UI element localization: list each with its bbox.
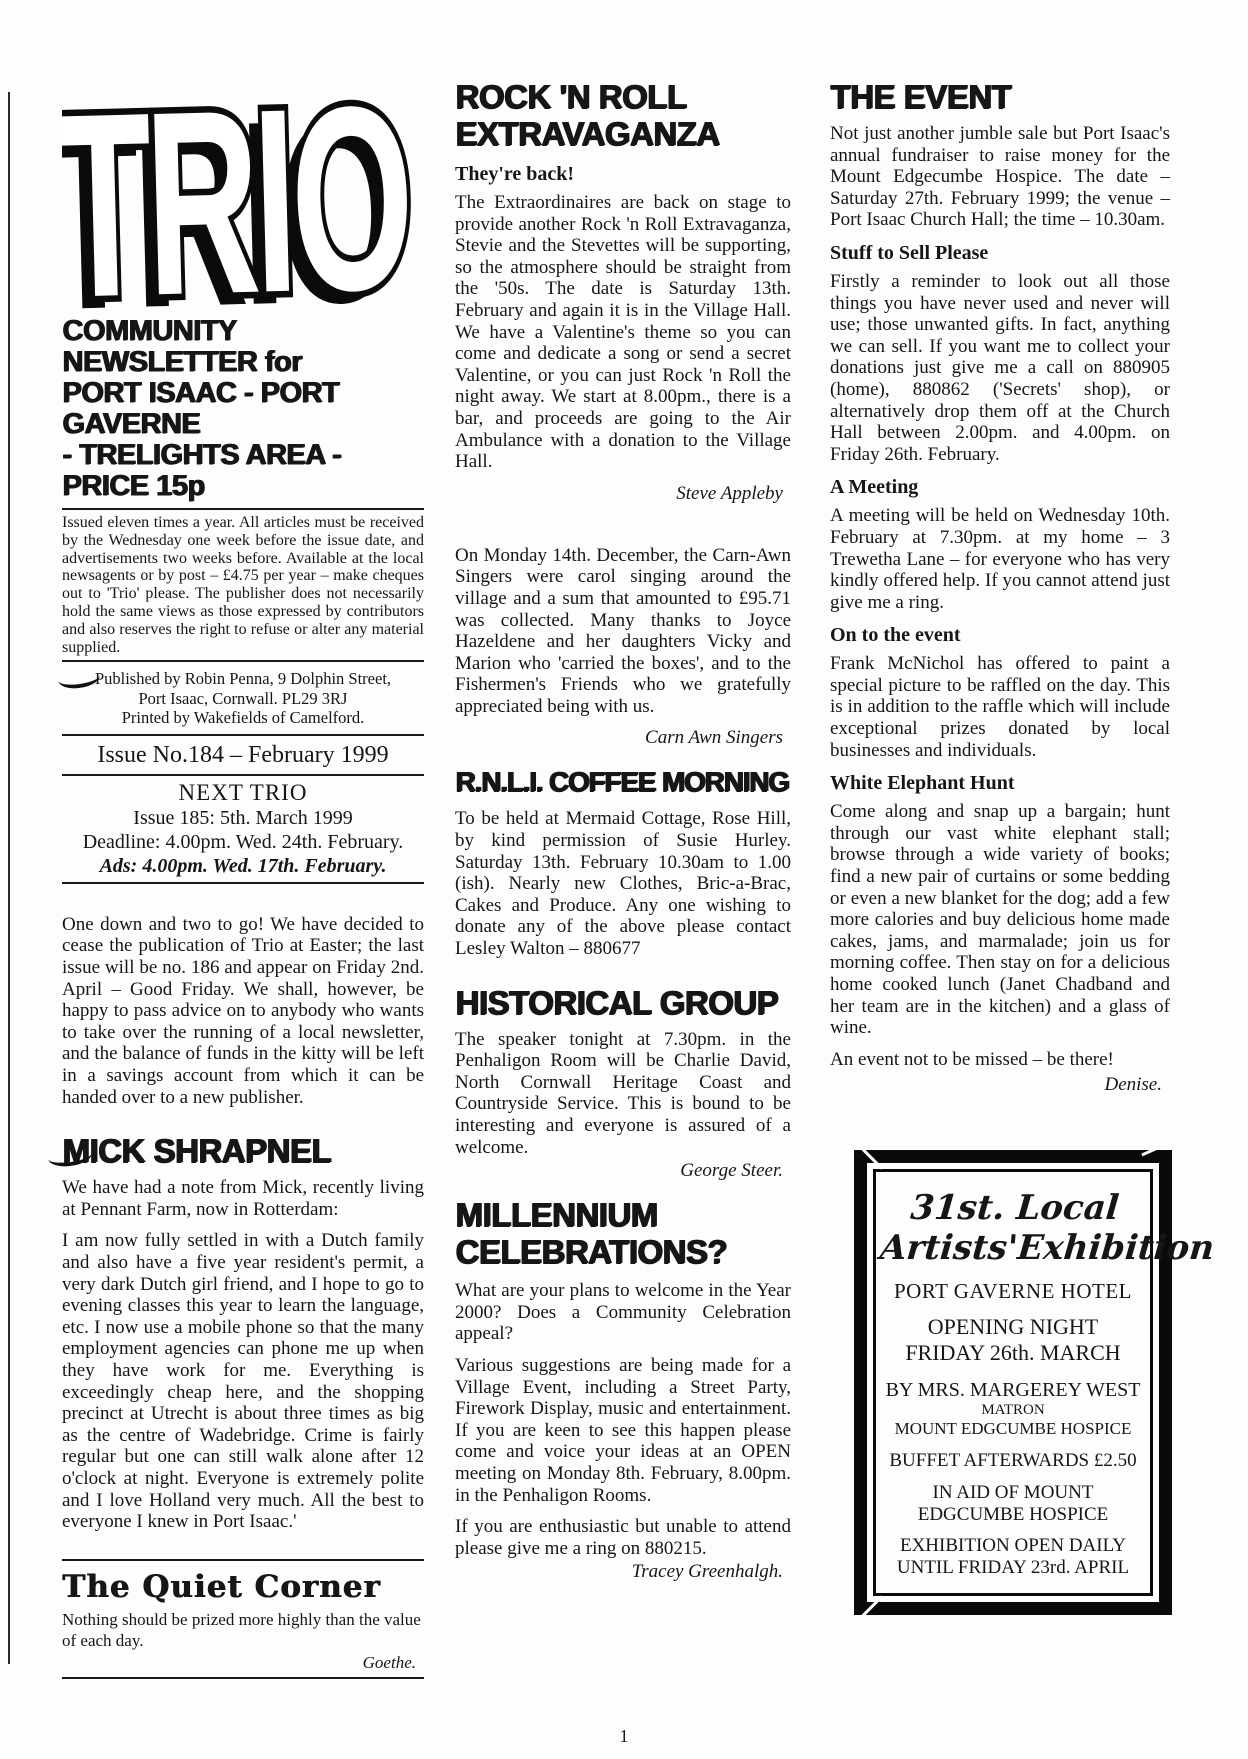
advert-in-aid-of: IN AID OF MOUNT EDGCUMBE HOSPICE <box>882 1482 1144 1526</box>
divider-rule <box>62 508 424 510</box>
event-signature: Denise. <box>830 1074 1170 1096</box>
frame-corner-mark <box>1141 1145 1162 1157</box>
advert-opening-night: OPENING NIGHT FRIDAY 26th. MARCH <box>882 1314 1144 1366</box>
event-subhead-on-to-the-event: On to the event <box>830 623 1170 647</box>
headline-line: ROCK 'N ROLL <box>455 78 791 115</box>
advert-venue: PORT GAVERNE HOTEL <box>882 1278 1144 1304</box>
page-number: 1 <box>0 1726 1248 1747</box>
article-title-historical-group: HISTORICAL GROUP <box>455 984 791 1021</box>
issue-number-line: Issue No.184 – February 1999 <box>62 740 424 770</box>
mick-paragraph: We have had a note from Mick, recently l… <box>62 1177 424 1220</box>
divider-rule <box>62 882 424 884</box>
article-title-the-event: THE EVENT <box>830 78 1170 115</box>
publisher-line: Published by Robin Penna, 9 Dolphin Stre… <box>62 669 424 689</box>
article-title-rnli-coffee-morning: R.N.L.I. COFFEE MORNING <box>455 763 791 800</box>
publisher-block: Published by Robin Penna, 9 Dolphin Stre… <box>62 669 424 728</box>
artists-exhibition-advert: 31st. Local Artists'Exhibition PORT GAVE… <box>854 1150 1172 1615</box>
next-issue-ads-deadline: Ads: 4.00pm. Wed. 17th. February. <box>62 854 424 878</box>
advert-aid-line: EDGCUMBE HOSPICE <box>882 1504 1144 1526</box>
carol-singers-body: On Monday 14th. December, the Carn-Awn S… <box>455 545 791 718</box>
rock-body: The Extraordinaires are back on stage to… <box>455 192 791 473</box>
advert-aid-line: IN AID OF MOUNT <box>882 1482 1144 1504</box>
quiet-corner-title: The Quiet Corner <box>62 1567 424 1607</box>
event-subhead-stuff-to-sell: Stuff to Sell Please <box>830 241 1170 265</box>
spacer <box>62 888 424 914</box>
divider-rule <box>62 734 424 736</box>
divider-rule <box>62 1677 424 1679</box>
divider-rule <box>62 774 424 776</box>
next-issue-block: NEXT TRIO Issue 185: 5th. March 1999 Dea… <box>62 780 424 878</box>
advert-title-line: 31st. Local <box>882 1188 1147 1228</box>
historical-body: The speaker tonight at 7.30pm. in the Pe… <box>455 1029 791 1159</box>
spacer <box>455 519 791 545</box>
millennium-paragraph: If you are enthusiastic but unable to at… <box>455 1516 791 1559</box>
publisher-line: Printed by Wakefields of Camelford. <box>62 708 424 728</box>
advert-open-daily: EXHIBITION OPEN DAILY UNTIL FRIDAY 23rd.… <box>882 1535 1144 1579</box>
divider-rule <box>62 1559 424 1561</box>
event-section-body: A meeting will be held on Wednesday 10th… <box>830 505 1170 613</box>
event-section-body: Frank McNichol has offered to paint a sp… <box>830 653 1170 761</box>
rock-signature: Steve Appleby <box>455 483 791 505</box>
publisher-line: Port Isaac, Cornwall. PL29 3RJ <box>62 689 424 709</box>
advert-presenter-org: MOUNT EDGCUMBE HOSPICE <box>882 1419 1144 1439</box>
headline-line: EXTRAVAGANZA <box>455 115 791 152</box>
millennium-paragraph: What are your plans to welcome in the Ye… <box>455 1280 791 1345</box>
rnli-body: To be held at Mermaid Cottage, Rose Hill… <box>455 808 791 959</box>
millennium-signature: Tracey Greenhalgh. <box>455 1561 791 1583</box>
trio-logo-text: TRIO <box>62 82 411 314</box>
headline-line: CELEBRATIONS? <box>455 1233 791 1270</box>
frame-corner-mark <box>857 1144 883 1170</box>
advert-title: 31st. Local Artists'Exhibition <box>879 1188 1148 1268</box>
newsletter-page: TRIO TRIO COMMUNITY NEWSLETTER for PORT … <box>0 0 1248 1759</box>
historical-signature: George Steer. <box>455 1160 791 1182</box>
scan-edge-line <box>8 92 10 1664</box>
editorial-intro: One down and two to go! We have decided … <box>62 914 424 1108</box>
left-column: TRIO TRIO COMMUNITY NEWSLETTER for PORT … <box>62 82 424 1683</box>
carol-singers-signature: Carn Awn Singers <box>455 727 791 749</box>
millennium-paragraph: Various suggestions are being made for a… <box>455 1355 791 1506</box>
mick-paragraph: I am now fully settled in with a Dutch f… <box>62 1230 424 1532</box>
quiet-corner-quote: Nothing should be prized more highly tha… <box>62 1609 424 1651</box>
advert-title-line: Artists'Exhibition <box>879 1228 1144 1268</box>
event-section-body: Firstly a reminder to look out all those… <box>830 271 1170 465</box>
spacer <box>62 1118 424 1132</box>
event-section-body: Come along and snap up a bargain; hunt t… <box>830 801 1170 1039</box>
middle-column: ROCK 'N ROLL EXTRAVAGANZA They're back! … <box>455 78 791 1597</box>
quiet-corner-signature: Goethe. <box>62 1653 424 1673</box>
event-closing: An event not to be missed – be there! <box>830 1049 1170 1071</box>
event-subhead-a-meeting: A Meeting <box>830 475 1170 499</box>
article-title-mick-shrapnel: MICK SHRAPNEL <box>62 1132 424 1169</box>
article-title-rock-n-roll: ROCK 'N ROLL EXTRAVAGANZA <box>455 78 791 152</box>
masthead-subtitle-line: PORT ISAAC - PORT GAVERNE <box>62 378 424 440</box>
advert-inner: 31st. Local Artists'Exhibition PORT GAVE… <box>873 1169 1153 1596</box>
spacer <box>455 970 791 984</box>
next-trio-title: NEXT TRIO <box>62 780 424 806</box>
advert-buffet: BUFFET AFTERWARDS £2.50 <box>882 1449 1144 1473</box>
advert-presenter: BY MRS. MARGEREY WEST <box>882 1378 1144 1402</box>
masthead-subtitle-line: - TRELIGHTS AREA - PRICE 15p <box>62 440 424 502</box>
advert-presenter-role: MATRON <box>882 1402 1144 1419</box>
headline-line: MILLENNIUM <box>455 1196 791 1233</box>
next-issue-date: Issue 185: 5th. March 1999 <box>62 806 424 830</box>
trio-logo-art: TRIO TRIO <box>62 82 424 314</box>
event-intro: Not just another jumble sale but Port Is… <box>830 123 1170 231</box>
advert-opening-line: FRIDAY 26th. MARCH <box>882 1340 1144 1366</box>
masthead-info: Issued eleven times a year. All articles… <box>62 514 424 656</box>
trio-logo: TRIO TRIO <box>62 82 424 314</box>
masthead-info-main: Issued eleven times a year. All articles… <box>62 514 424 638</box>
masthead-subtitle-line: COMMUNITY NEWSLETTER for <box>62 316 424 378</box>
next-issue-deadline: Deadline: 4.00pm. Wed. 24th. February. <box>62 830 424 854</box>
event-subhead-white-elephant-hunt: White Elephant Hunt <box>830 771 1170 795</box>
frame-corner-mark <box>857 1596 883 1622</box>
advert-open-line: UNTIL FRIDAY 23rd. APRIL <box>882 1557 1144 1579</box>
right-column: THE EVENT Not just another jumble sale b… <box>830 78 1170 1615</box>
masthead-subtitle: COMMUNITY NEWSLETTER for PORT ISAAC - PO… <box>62 316 424 502</box>
divider-rule <box>62 660 424 662</box>
article-title-millennium: MILLENNIUM CELEBRATIONS? <box>455 1196 791 1270</box>
advert-open-line: EXHIBITION OPEN DAILY <box>882 1535 1144 1557</box>
advert-opening-line: OPENING NIGHT <box>882 1314 1144 1340</box>
rock-subhead: They're back! <box>455 162 791 186</box>
quiet-corner-box: The Quiet Corner Nothing should be prize… <box>62 1559 424 1679</box>
